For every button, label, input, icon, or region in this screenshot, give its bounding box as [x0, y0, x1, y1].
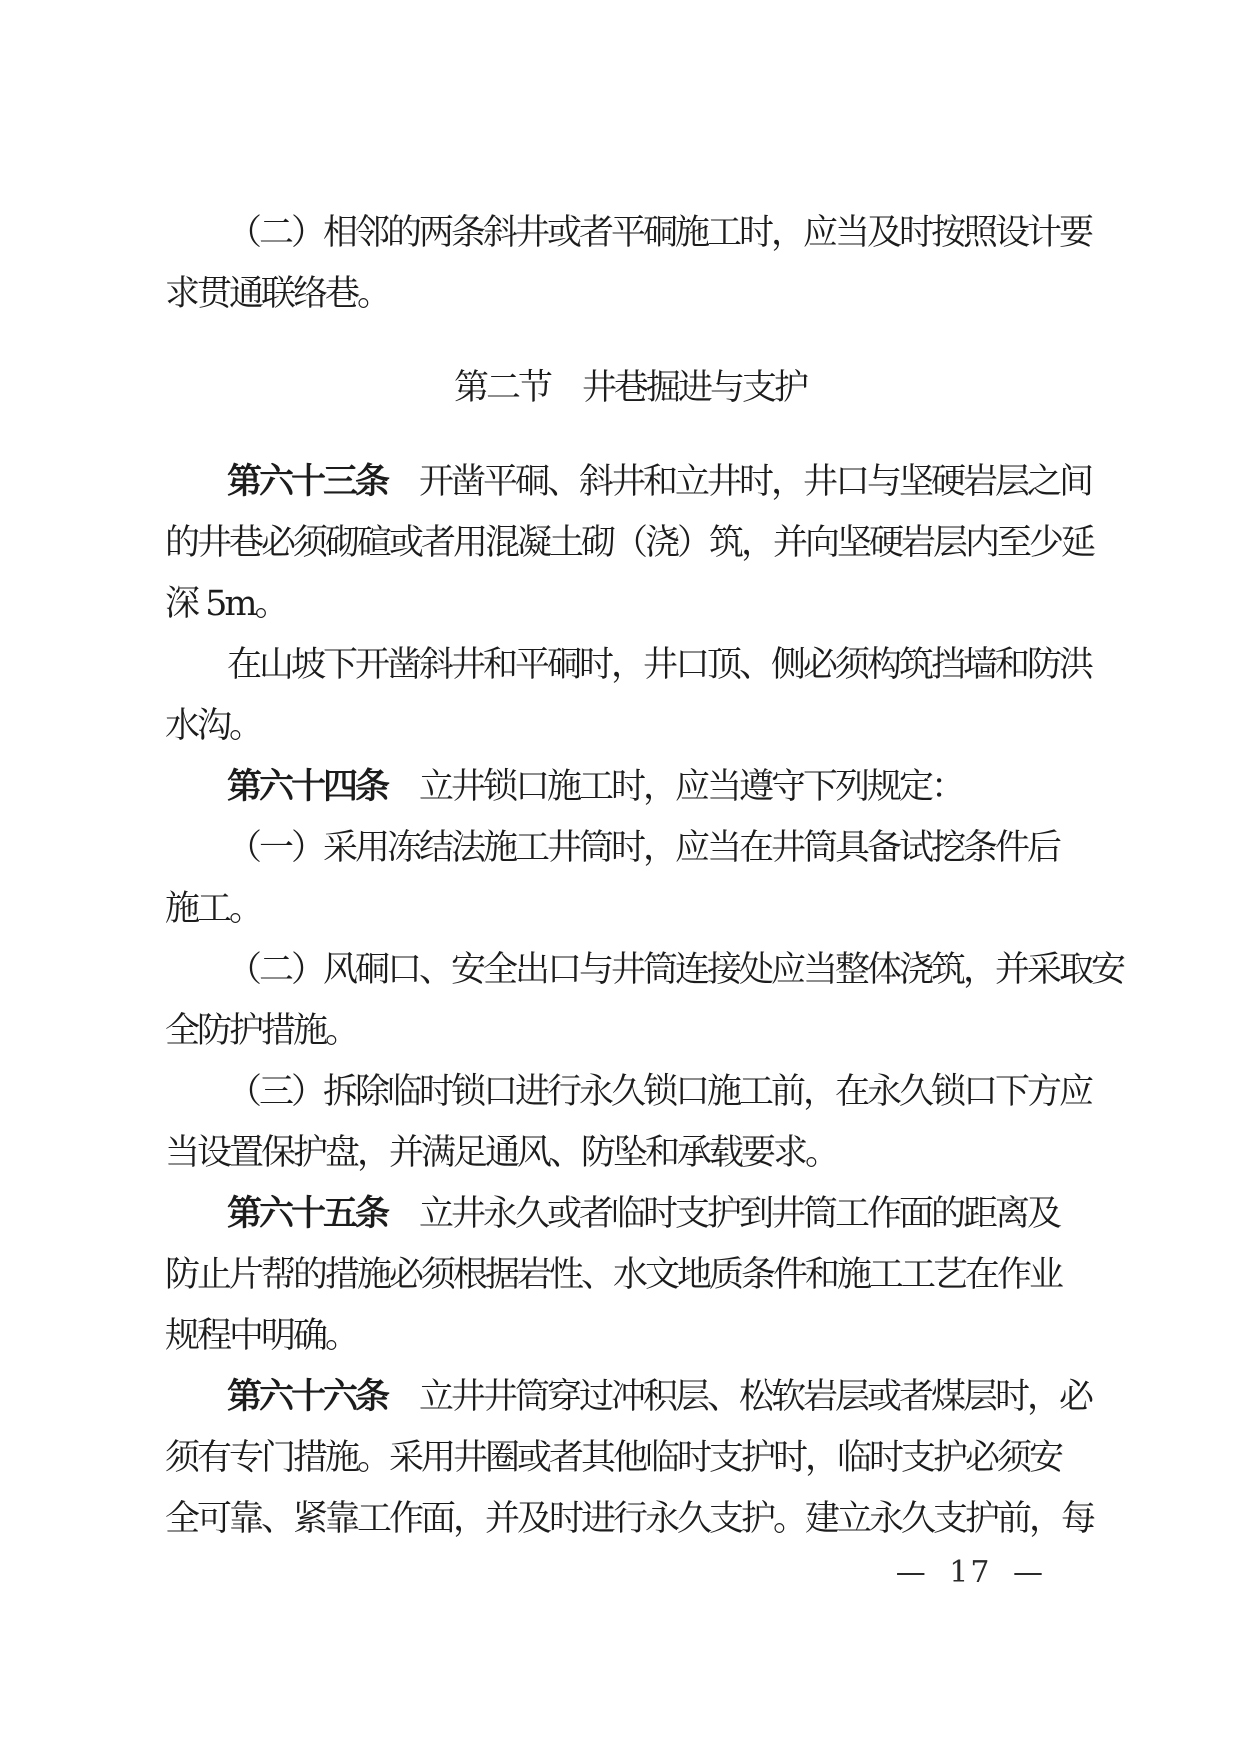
article-number: 第六十五条: [227, 1194, 387, 1234]
text-line: 须有专门措施。采用井圈或者其他临时支护时，临时支护必须安: [165, 1428, 1095, 1489]
text-line: （一）采用冻结法施工井筒时，应当在井筒具备试挖条件后: [165, 818, 1095, 879]
text-line: 全可靠、紧靠工作面，并及时进行永久支护。建立永久支护前，每: [165, 1489, 1095, 1550]
text-line: 的井巷必须砌碹或者用混凝土砌（浇）筑，并向坚硬岩层内至少延: [165, 513, 1095, 574]
text-line: （二）相邻的两条斜井或者平硐施工时，应当及时按照设计要: [165, 203, 1095, 264]
text-line: 规程中明确。: [165, 1306, 1095, 1367]
text-line: 在山坡下开凿斜井和平硐时，井口顶、侧必须构筑挡墙和防洪: [165, 635, 1095, 696]
text-line: 第六十四条 立井锁口施工时，应当遵守下列规定：: [165, 757, 1095, 818]
line-text: 立井永久或者临时支护到井筒工作面的距离及: [387, 1194, 1059, 1234]
article-number: 第六十六条: [227, 1377, 387, 1417]
text-line: 第六十五条 立井永久或者临时支护到井筒工作面的距离及: [165, 1184, 1095, 1245]
document-body: （二）相邻的两条斜井或者平硐施工时，应当及时按照设计要求贯通联络巷。第二节 井巷…: [165, 0, 1095, 1550]
text-line: 水沟。: [165, 696, 1095, 757]
page-number: — 17 —: [896, 1556, 1045, 1590]
line-text: 开凿平硐、斜井和立井时，井口与坚硬岩层之间: [387, 462, 1091, 502]
article-number: 第六十三条: [227, 462, 387, 502]
line-text: 立井井筒穿过冲积层、松软岩层或者煤层时，必: [387, 1377, 1091, 1417]
text-line: 第六十三条 开凿平硐、斜井和立井时，井口与坚硬岩层之间: [165, 452, 1095, 513]
text-line: 当设置保护盘，并满足通风、防坠和承载要求。: [165, 1123, 1095, 1184]
text-line: 深 5m。: [165, 574, 1095, 635]
text-line: 第六十六条 立井井筒穿过冲积层、松软岩层或者煤层时，必: [165, 1367, 1095, 1428]
text-line: 防止片帮的措施必须根据岩性、水文地质条件和施工工艺在作业: [165, 1245, 1095, 1306]
text-line: 施工。: [165, 879, 1095, 940]
article-number: 第六十四条: [227, 767, 387, 807]
document-page: （二）相邻的两条斜井或者平硐施工时，应当及时按照设计要求贯通联络巷。第二节 井巷…: [0, 0, 1240, 1753]
text-line: （三）拆除临时锁口进行永久锁口施工前，在永久锁口下方应: [165, 1062, 1095, 1123]
text-line: （二）风硐口、安全出口与井筒连接处应当整体浇筑，并采取安: [165, 940, 1095, 1001]
line-text: 立井锁口施工时，应当遵守下列规定：: [387, 767, 963, 807]
text-line: 求贯通联络巷。: [165, 264, 1095, 325]
text-line: 全防护措施。: [165, 1001, 1095, 1062]
section-heading: 第二节 井巷掘进与支护: [165, 358, 1095, 419]
